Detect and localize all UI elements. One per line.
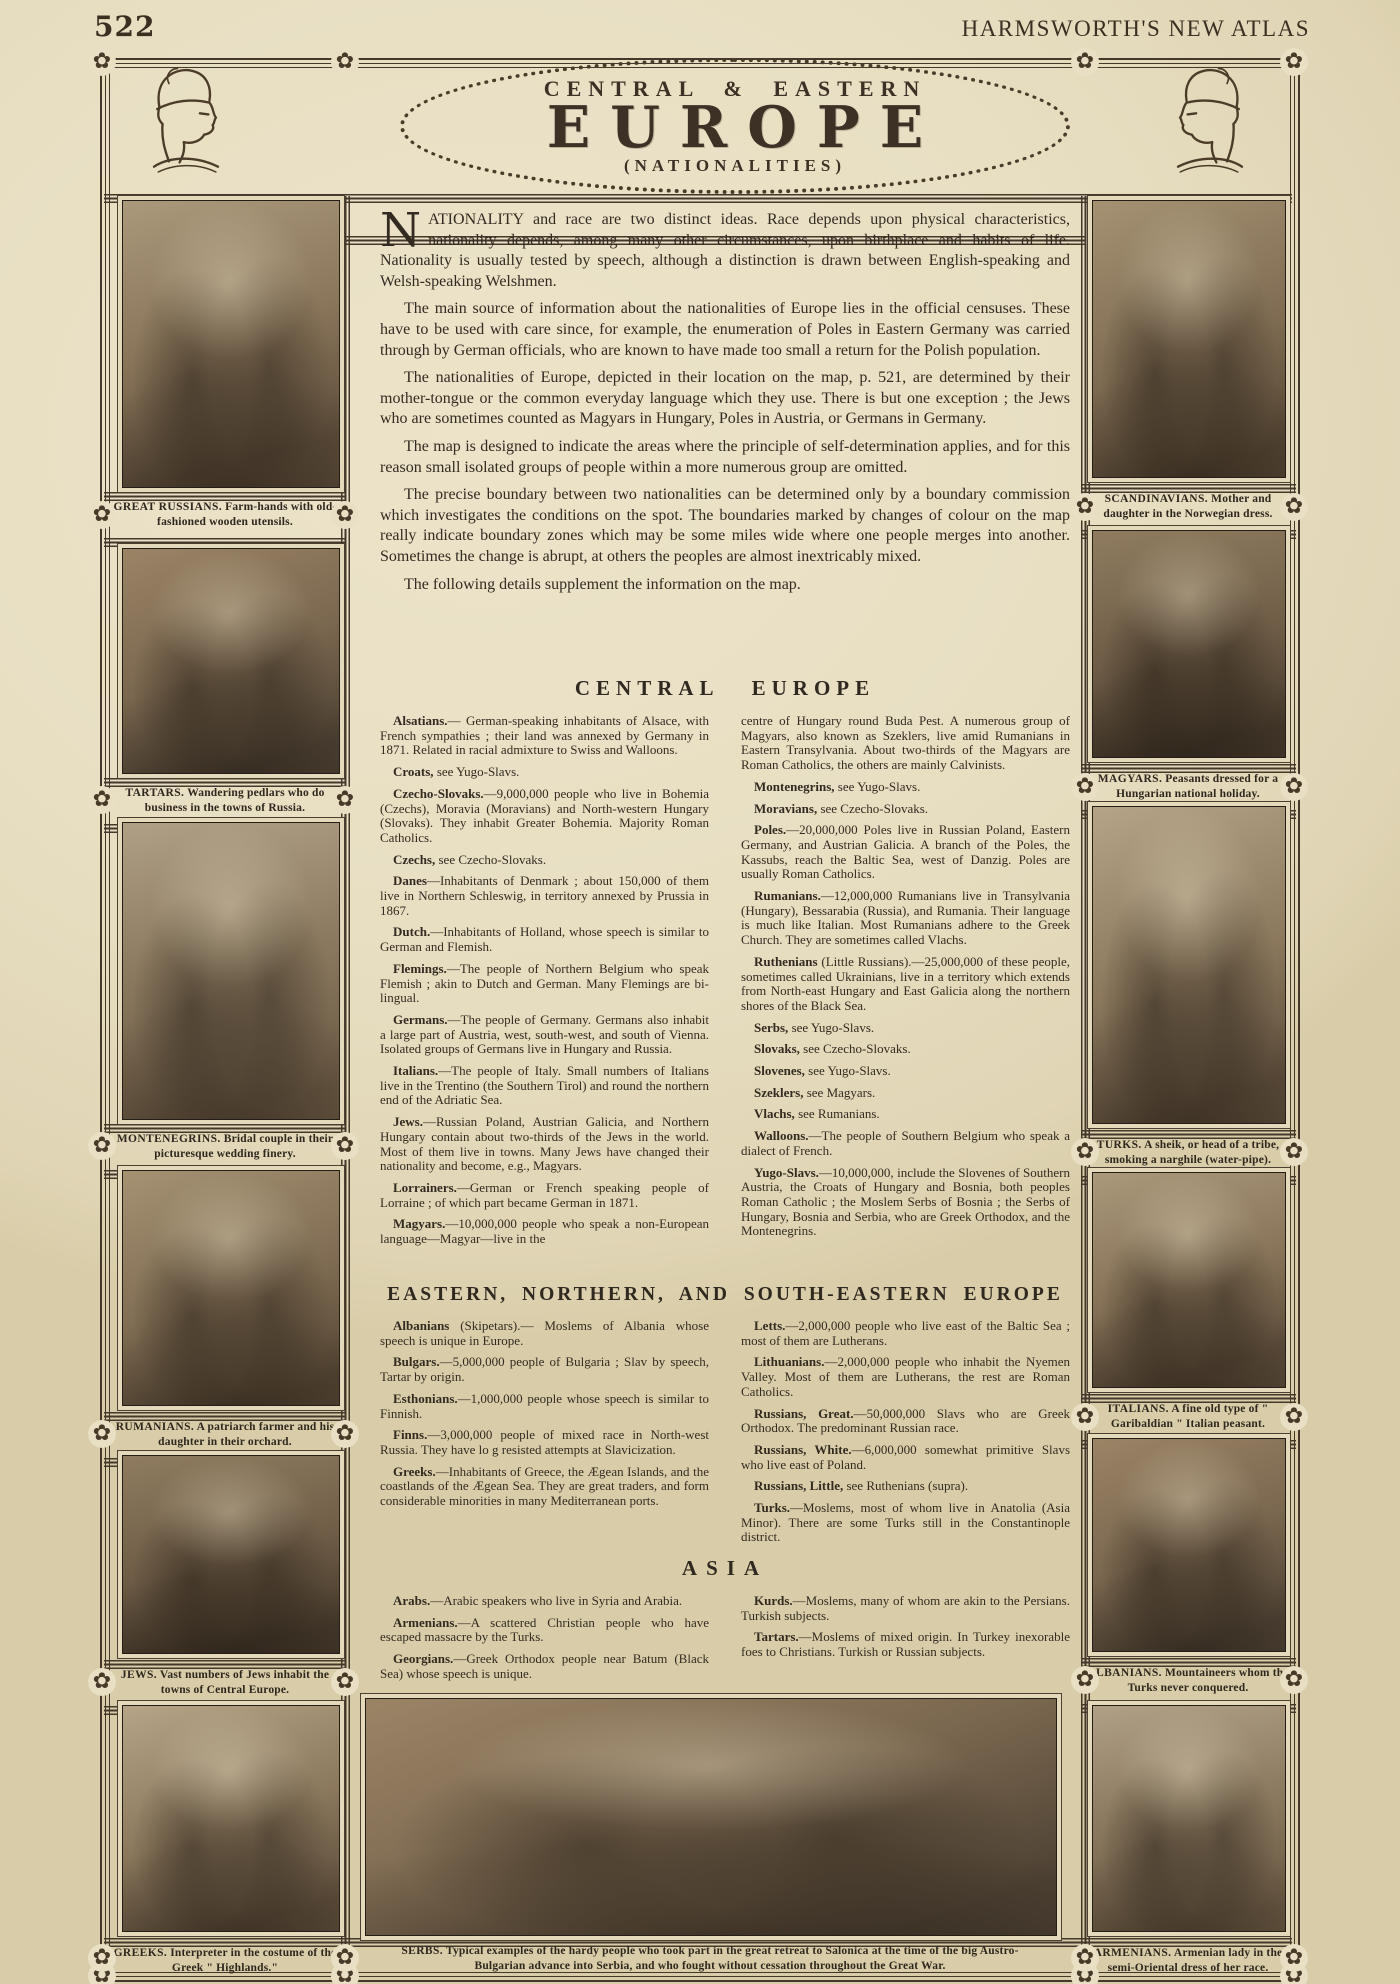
nationality-entry: Dutch.—Inhabitants of Holland, whose spe…: [380, 925, 709, 954]
nationality-entry: Lorrainers.—German or French speaking pe…: [380, 1181, 709, 1210]
photo-caption-serbs: SERBS. Typical examples of the hardy peo…: [380, 1944, 1040, 1973]
section-central-europe: CENTRAL EUROPE Alsatians.— German-speaki…: [380, 676, 1070, 1254]
nationality-entry: Szeklers, see Magyars.: [741, 1086, 1070, 1101]
rosette-ornament: ✿: [88, 501, 116, 529]
nationality-entry: Esthonians.—1,000,000 people whose speec…: [380, 1392, 709, 1421]
rosette-ornament: ✿: [1280, 1138, 1308, 1166]
photo-caption-great-russians: GREAT RUSSIANS. Farm-hands with old-fash…: [112, 500, 338, 529]
nationality-entry: Georgians.—Greek Orthodox people near Ba…: [380, 1652, 709, 1681]
photo-caption-scandinavians: SCANDINAVIANS. Mother and daughter in th…: [1084, 492, 1292, 521]
rosette-ornament: ✿: [1071, 773, 1099, 801]
title-subtitle: (NATIONALITIES): [624, 156, 846, 176]
intro-paragraph: The main source of information about the…: [380, 299, 1070, 361]
nationality-entry: Albanians (Skipetars).— Moslems of Alban…: [380, 1319, 709, 1348]
entries-column-right: centre of Hungary round Buda Pest. A num…: [741, 714, 1070, 1254]
rosette-ornament: ✿: [1071, 48, 1099, 76]
photo-image: [366, 1699, 1056, 1935]
photo-caption-italians: ITALIANS. A fine old type of " Garibaldi…: [1084, 1402, 1292, 1431]
rosette-ornament: ✿: [331, 1420, 359, 1448]
photo-caption-montenegrins: MONTENEGRINS. Bridal couple in their pic…: [112, 1132, 338, 1161]
nationality-entry: Rumanians.—12,000,000 Rumanians live in …: [741, 889, 1070, 948]
nationality-entry: Germans.—The people of Germany. Germans …: [380, 1013, 709, 1057]
nationality-entry: Greeks.—Inhabitants of Greece, the Ægean…: [380, 1465, 709, 1509]
entries-column-right: Kurds.—Moslems, many of whom are akin to…: [741, 1594, 1070, 1689]
rosette-ornament: ✿: [331, 501, 359, 529]
rosette-ornament: ✿: [88, 1420, 116, 1448]
nationality-entry: Jews.—Russian Poland, Austrian Galicia, …: [380, 1115, 709, 1174]
nationality-entry: Danes—Inhabitants of Denmark ; about 150…: [380, 874, 709, 918]
photo-image: [123, 549, 339, 773]
nationality-entry: Russians, White.—6,000,000 somewhat prim…: [741, 1443, 1070, 1472]
page-number: 522: [94, 10, 155, 43]
nationality-entry: Russians, Great.—50,000,000 Slavs who ar…: [741, 1407, 1070, 1436]
rosette-ornament: ✿: [88, 48, 116, 76]
rosette-ornament: ✿: [88, 1132, 116, 1160]
rosette-ornament: ✿: [1071, 1666, 1099, 1694]
photo-image: [1093, 1439, 1285, 1651]
rosette-ornament: ✿: [1280, 1944, 1308, 1972]
photo-albanians: [1092, 1438, 1286, 1652]
divider-rule: [104, 538, 345, 547]
rosette-ornament: ✿: [1071, 493, 1099, 521]
nationality-entry: Italians.—The people of Italy. Small num…: [380, 1064, 709, 1108]
nationality-entry: Moravians, see Czecho-Slovaks.: [741, 802, 1070, 817]
drop-cap: N: [380, 210, 428, 249]
photo-caption-rumanians: RUMANIANS. A patriarch farmer and his da…: [112, 1420, 338, 1449]
photo-scandinavians: [1092, 200, 1286, 478]
photo-caption-jews: JEWS. Vast numbers of Jews inhabit the t…: [112, 1668, 338, 1697]
title-cartouche: CENTRAL & EASTERN EUROPE (NATIONALITIES): [400, 58, 1070, 194]
section-heading: CENTRAL EUROPE: [380, 676, 1070, 701]
nationality-entry: Czechs, see Czecho-Slovaks.: [380, 853, 709, 868]
rosette-ornament: ✿: [1071, 1403, 1099, 1431]
photo-image: [1093, 201, 1285, 477]
rosette-ornament: ✿: [331, 1132, 359, 1160]
nationality-entry: Croats, see Yugo-Slavs.: [380, 765, 709, 780]
photo-armenians: [1092, 1705, 1286, 1932]
photo-montenegrins: [122, 822, 340, 1120]
rosette-ornament: ✿: [88, 786, 116, 814]
nationality-entry: centre of Hungary round Buda Pest. A num…: [741, 714, 1070, 773]
photo-caption-albanians: ALBANIANS. Mountaineers whom the Turks n…: [1084, 1666, 1292, 1695]
rosette-ornament: ✿: [1280, 773, 1308, 801]
photo-magyars: [1092, 530, 1286, 758]
nationality-entry: Kurds.—Moslems, many of whom are akin to…: [741, 1594, 1070, 1623]
nationality-entry: Ruthenians (Little Russians).—25,000,000…: [741, 955, 1070, 1014]
nationality-entry: Slovaks, see Czecho-Slovaks.: [741, 1042, 1070, 1057]
photo-image: [123, 823, 339, 1119]
photo-tartars: [122, 548, 340, 774]
intro-paragraph: NATIONALITY and race are two distinct id…: [380, 210, 1070, 292]
entries-column-right: Letts.—2,000,000 people who live east of…: [741, 1319, 1070, 1552]
classical-head-right-icon: [1146, 60, 1274, 188]
classical-head-left-icon: [122, 60, 250, 188]
photo-image: [1093, 1173, 1285, 1387]
rosette-ornament: ✿: [1280, 48, 1308, 76]
nationality-entry: Bulgars.—5,000,000 people of Bulgaria ; …: [380, 1355, 709, 1384]
nationality-entry: Russians, Little, see Ruthenians (supra)…: [741, 1479, 1070, 1494]
nationality-entry: Lithuanians.—2,000,000 people who inhabi…: [741, 1355, 1070, 1399]
photo-image: [1093, 531, 1285, 757]
photo-greeks: [122, 1705, 340, 1932]
rosette-ornament: ✿: [88, 1944, 116, 1972]
photo-great-russians: [122, 200, 340, 488]
section-eastern-europe: EASTERN, NORTHERN, AND SOUTH-EASTERN EUR…: [380, 1284, 1070, 1552]
photo-italians: [1092, 1172, 1286, 1388]
intro-text-block: NATIONALITY and race are two distinct id…: [380, 210, 1070, 602]
nationality-entry: Montenegrins, see Yugo-Slavs.: [741, 780, 1070, 795]
rosette-ornament: ✿: [331, 48, 359, 76]
section-heading: ASIA: [380, 1556, 1070, 1581]
rosette-ornament: ✿: [88, 1668, 116, 1696]
nationality-entry: Serbs, see Yugo-Slavs.: [741, 1021, 1070, 1036]
photo-turks: [1092, 806, 1286, 1124]
nationality-entry: Yugo-Slavs.—10,000,000, include the Slov…: [741, 1166, 1070, 1240]
nationality-entry: Letts.—2,000,000 people who live east of…: [741, 1319, 1070, 1348]
nationality-entry: Arabs.—Arabic speakers who live in Syria…: [380, 1594, 709, 1609]
photo-caption-greeks: GREEKS. Interpreter in the costume of th…: [112, 1946, 338, 1975]
rosette-ornament: ✿: [1280, 1666, 1308, 1694]
photo-image: [1093, 1706, 1285, 1931]
rosette-ornament: ✿: [1071, 1944, 1099, 1972]
nationality-entry: Walloons.—The people of Southern Belgium…: [741, 1129, 1070, 1158]
photo-caption-tartars: TARTARS. Wandering pedlars who do busine…: [112, 786, 338, 815]
intro-paragraph: The precise boundary between two nationa…: [380, 485, 1070, 567]
intro-paragraph: The map is designed to indicate the area…: [380, 437, 1070, 478]
rosette-ornament: ✿: [1280, 493, 1308, 521]
rosette-ornament: ✿: [331, 1668, 359, 1696]
section-heading: EASTERN, NORTHERN, AND SOUTH-EASTERN EUR…: [380, 1284, 1070, 1306]
nationality-entry: Slovenes, see Yugo-Slavs.: [741, 1064, 1070, 1079]
entries-column-left: Arabs.—Arabic speakers who live in Syria…: [380, 1594, 709, 1689]
section-asia: ASIA Arabs.—Arabic speakers who live in …: [380, 1556, 1070, 1689]
nationality-entry: Armenians.—A scattered Christian people …: [380, 1616, 709, 1645]
photo-jews: [122, 1455, 340, 1654]
intro-paragraph: The following details supplement the inf…: [380, 575, 1070, 596]
photo-caption-magyars: MAGYARS. Peasants dressed for a Hungaria…: [1084, 772, 1292, 801]
intro-paragraph: The nationalities of Europe, depicted in…: [380, 368, 1070, 430]
nationality-entry: Czecho-Slovaks.—9,000,000 people who liv…: [380, 787, 709, 846]
nationality-entry: Alsatians.— German-speaking inhabitants …: [380, 714, 709, 758]
nationality-entry: Finns.—3,000,000 people of mixed race in…: [380, 1428, 709, 1457]
rosette-ornament: ✿: [1071, 1138, 1099, 1166]
photo-image: [123, 201, 339, 487]
entries-column-left: Alsatians.— German-speaking inhabitants …: [380, 714, 709, 1254]
photo-image: [123, 1706, 339, 1931]
nationality-entry: Vlachs, see Rumanians.: [741, 1107, 1070, 1122]
atlas-running-title: HARMSWORTH'S NEW ATLAS: [920, 16, 1310, 42]
nationality-entry: Flemings.—The people of Northern Belgium…: [380, 962, 709, 1006]
photo-image: [123, 1456, 339, 1653]
rosette-ornament: ✿: [331, 1944, 359, 1972]
nationality-entry: Tartars.—Moslems of mixed origin. In Tur…: [741, 1630, 1070, 1659]
page-title: EUROPE: [527, 102, 943, 154]
photo-image: [123, 1171, 339, 1405]
entries-column-left: Albanians (Skipetars).— Moslems of Alban…: [380, 1319, 709, 1552]
atlas-page: 522 HARMSWORTH'S NEW ATLAS: [0, 0, 1400, 1984]
photo-caption-armenians: ARMENIANS. Armenian lady in the semi-Ori…: [1084, 1946, 1292, 1975]
nationality-entry: Magyars.—10,000,000 people who speak a n…: [380, 1217, 709, 1246]
photo-serbs: [365, 1698, 1057, 1936]
rosette-ornament: ✿: [1280, 1403, 1308, 1431]
photo-caption-turks: TURKS. A sheik, or head of a tribe, smok…: [1084, 1138, 1292, 1167]
photo-rumanians: [122, 1170, 340, 1406]
nationality-entry: Turks.—Moslems, most of whom live in Ana…: [741, 1501, 1070, 1545]
rosette-ornament: ✿: [331, 786, 359, 814]
nationality-entry: Poles.—20,000,000 Poles live in Russian …: [741, 823, 1070, 882]
photo-image: [1093, 807, 1285, 1123]
